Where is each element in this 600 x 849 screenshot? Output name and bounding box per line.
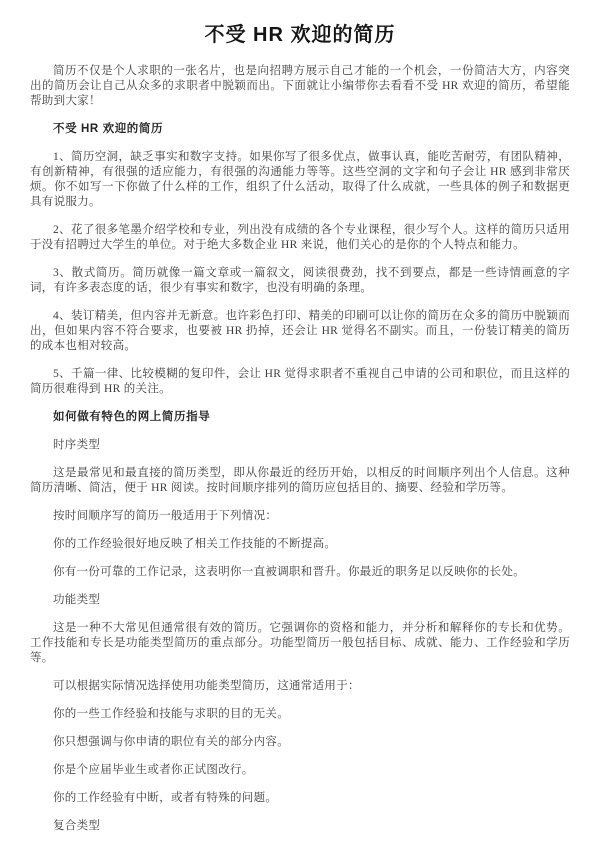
paragraph: 时序类型: [30, 438, 570, 453]
paragraph: 你的工作经验很好地反映了相关工作技能的不断提高。: [30, 537, 570, 552]
paragraph: 5、千篇一律、比较模糊的复印件，会让 HR 觉得求职者不重视自己申请的公司和职位…: [30, 367, 570, 397]
paragraph: 4、装订精美，但内容并无新意。也许彩色打印、精美的印刷可以让你的简历在众多的简历…: [30, 309, 570, 354]
paragraph: 你有一份可靠的工作记录，这表明你一直被调职和晋升。你最近的职务足以反映你的长处。: [30, 565, 570, 580]
paragraph: 复合类型: [30, 819, 570, 834]
paragraph: 你是个应届毕业生或者你正试图改行。: [30, 763, 570, 778]
page-title: 不受 HR 欢迎的简历: [30, 18, 570, 47]
paragraph: 你的工作经验有中断，或者有特殊的问题。: [30, 791, 570, 806]
paragraph: 2、花了很多笔墨介绍学校和专业，列出没有成绩的各个专业课程，很少写个人。这样的简…: [30, 223, 570, 253]
paragraph: 按时间顺序写的简历一般适用于下列情况：: [30, 509, 570, 524]
paragraph: 你的一些工作经验和技能与求职的目的无关。: [30, 707, 570, 722]
paragraph: 这是最常见和最直接的简历类型，即从你最近的经历开始，以相反的时间顺序列出个人信息…: [30, 466, 570, 496]
paragraph: 你只想强调与你申请的职位有关的部分内容。: [30, 735, 570, 750]
paragraph: 功能类型: [30, 593, 570, 608]
section-heading: 如何做有特色的网上简历指导: [30, 410, 570, 425]
section-heading: 不受 HR 欢迎的简历: [30, 122, 570, 137]
document-page: 不受 HR 欢迎的简历 简历不仅是个人求职的一张名片，也是向招聘方展示自己才能的…: [0, 0, 600, 849]
document-body: 不受 HR 欢迎的简历1、简历空洞，缺乏事实和数字支持。如果你写了很多优点，做事…: [30, 122, 570, 834]
paragraph: 可以根据实际情况选择使用功能类型简历，这通常适用于：: [30, 679, 570, 694]
paragraph: 这是一种不大常见但通常很有效的简历。它强调你的资格和能力，并分析和解释你的专长和…: [30, 621, 570, 666]
paragraph: 3、散式简历。简历就像一篇文章或一篇叙文，阅读很费劲，找不到要点，都是一些诗情画…: [30, 266, 570, 296]
intro-paragraph: 简历不仅是个人求职的一张名片，也是向招聘方展示自己才能的一个机会，一份简洁大方，…: [30, 64, 570, 109]
paragraph: 1、简历空洞，缺乏事实和数字支持。如果你写了很多优点，做事认真，能吃苦耐劳，有团…: [30, 150, 570, 210]
